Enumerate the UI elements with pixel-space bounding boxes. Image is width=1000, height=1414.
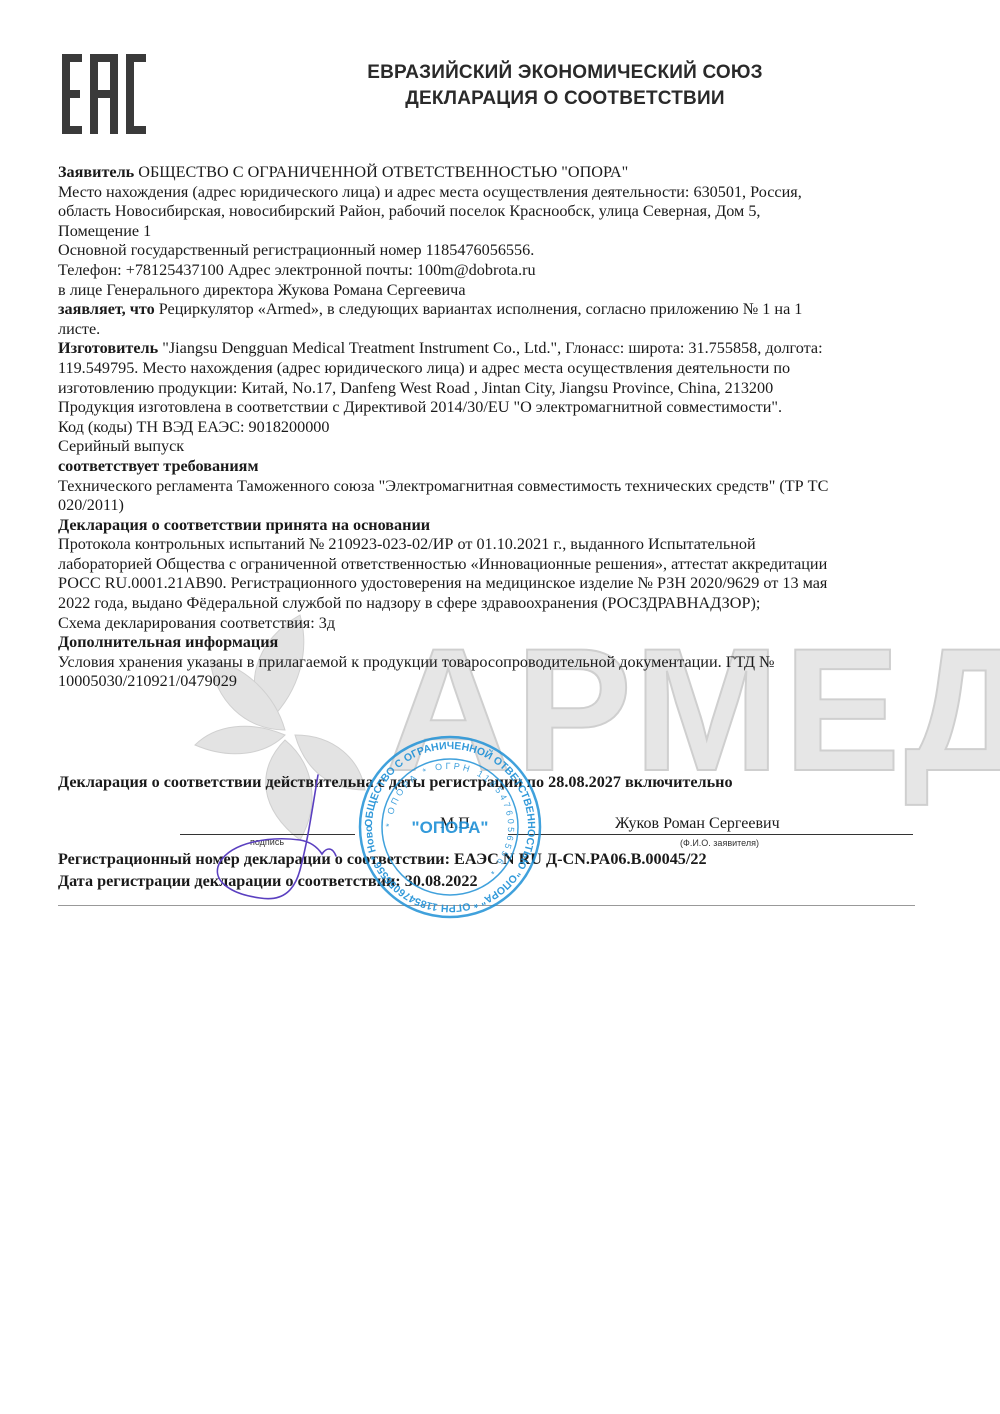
company-stamp-icon: ОБЩЕСТВО С ОГРАНИЧЕННОЙ ОТВЕТСТВЕННОСТЬЮ… — [355, 732, 545, 922]
handwritten-signature — [200, 770, 360, 910]
basis-line-4: 2022 года, выдано Фёдеральной службой по… — [58, 594, 928, 614]
manufacturer-label: Изготовитель — [58, 339, 158, 357]
applicant-address-3: Помещение 1 — [58, 222, 928, 242]
additional-info-line-2: 10005030/210921/0479029 — [58, 672, 928, 692]
basis-line-2: лабораторией Общества с ограниченной отв… — [58, 555, 928, 575]
basis-line-3: РОСС RU.0001.21АВ90. Регистрационного уд… — [58, 574, 928, 594]
declaration-page: АРМЕД ЕВРАЗИЙСКИЙ ЭКОНОМИЧЕСКИЙ СОЮЗ ДЕК… — [0, 0, 1000, 1414]
document-body: Заявитель ОБЩЕСТВО С ОГРАНИЧЕННОЙ ОТВЕТС… — [58, 163, 928, 692]
basis-label: Декларация о соответствии принята на осн… — [58, 516, 928, 536]
applicant-ogrn: Основной государственный регистрационный… — [58, 241, 928, 261]
applicant-line: Заявитель ОБЩЕСТВО С ОГРАНИЧЕННОЙ ОТВЕТС… — [58, 163, 928, 183]
name-rule — [508, 834, 913, 835]
manufacturer-directive: Продукция изготовлена в соответствии с Д… — [58, 398, 928, 418]
manufacturer-name: "Jiangsu Dengguan Medical Treatment Inst… — [158, 339, 822, 357]
regulation-line-1: Технического регламента Таможенного союз… — [58, 477, 928, 497]
declares-label: заявляет, что — [58, 300, 155, 318]
manufacturer-address-1: 119.549795. Место нахождения (адрес юрид… — [58, 359, 928, 379]
declares-line-2: листе. — [58, 320, 928, 340]
document-header: ЕВРАЗИЙСКИЙ ЭКОНОМИЧЕСКИЙ СОЮЗ ДЕКЛАРАЦИ… — [200, 60, 930, 112]
document-title: ДЕКЛАРАЦИЯ О СООТВЕТСТВИИ — [200, 86, 930, 112]
product-text: Рециркулятор «Armed», в следующих вариан… — [155, 300, 803, 318]
svg-text:"ОПОРА": "ОПОРА" — [412, 818, 489, 837]
signer-name: Жуков Роман Сергеевич — [615, 815, 780, 833]
basis-line-1: Протокола контрольных испытаний № 210923… — [58, 535, 928, 555]
declaration-scheme: Схема декларирования соответствия: 3д — [58, 614, 928, 634]
applicant-address-1: Место нахождения (адрес юридического лиц… — [58, 183, 928, 203]
applicant-name: ОБЩЕСТВО С ОГРАНИЧЕННОЙ ОТВЕТСТВЕННОСТЬЮ… — [134, 163, 628, 181]
applicant-address-2: область Новосибирская, новосибирский Рай… — [58, 202, 928, 222]
applicant-label: Заявитель — [58, 163, 134, 181]
hs-code: Код (коды) ТН ВЭД ЕАЭС: 9018200000 — [58, 418, 928, 438]
applicant-contacts: Телефон: +78125437100 Адрес электронной … — [58, 261, 928, 281]
eac-mark-icon — [60, 52, 150, 136]
manufacturer-line: Изготовитель "Jiangsu Dengguan Medical T… — [58, 339, 928, 359]
serial-release: Серийный выпуск — [58, 437, 928, 457]
manufacturer-address-2: изготовлению продукции: Китай, No.17, Da… — [58, 379, 928, 399]
applicant-representative: в лице Генерального директора Жукова Ром… — [58, 281, 928, 301]
additional-info-line-1: Условия хранения указаны в прилагаемой к… — [58, 653, 928, 673]
regulation-line-2: 020/2011) — [58, 496, 928, 516]
complies-label: соответствует требованиям — [58, 457, 928, 477]
additional-info-label: Дополнительная информация — [58, 633, 928, 653]
declares-line: заявляет, что Рециркулятор «Armed», в сл… — [58, 300, 928, 320]
signer-caption: (Ф.И.О. заявителя) — [680, 838, 759, 848]
union-title: ЕВРАЗИЙСКИЙ ЭКОНОМИЧЕСКИЙ СОЮЗ — [200, 60, 930, 86]
